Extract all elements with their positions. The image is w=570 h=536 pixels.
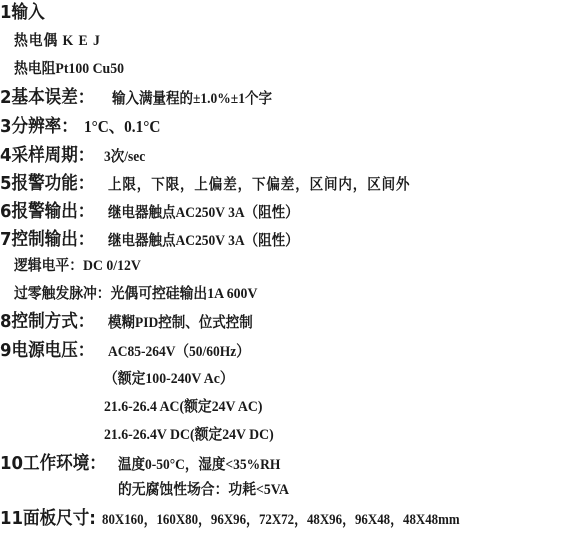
spec-item-input: 1输入	[0, 4, 49, 22]
spec-value-resolution: 1°C、0.1°C	[84, 118, 160, 135]
spec-item-accuracy: 2基本误差： 输入满量程的±1.0%±1个字	[0, 89, 290, 107]
spec-item-environment: 10工作环境： 温度0-50°C，湿度<35%RH	[0, 455, 298, 473]
spec-subline-24v-dc: 21.6-26.4V DC(额定24V DC)	[104, 428, 288, 443]
voltage-24v-dc: 21.6-26.4V DC(额定24V DC)	[104, 428, 274, 443]
spec-item-resolution: 3分辨率： 1°C、0.1°C	[0, 118, 169, 136]
spec-value-power-supply: AC85-264V（50/60Hz）	[108, 345, 250, 360]
logic-level: 逻辑电平：DC 0/12V	[14, 259, 141, 274]
spec-heading-power-supply: 9电源电压：	[0, 342, 99, 360]
spec-item-alarm-output: 6报警输出： 继电器触点AC250V 3A（阻性）	[0, 203, 320, 221]
spec-heading-sampling: 4采样周期：	[0, 147, 96, 165]
spec-item-panel-size: 11面板尺寸: 80X160，160X80，96X96，72X72，48X96，…	[0, 510, 518, 528]
spec-heading-resolution: 3分辨率：	[0, 118, 77, 136]
spec-value-accuracy: 输入满量程的±1.0%±1个字	[112, 92, 272, 107]
spec-subline-logic-level: 逻辑电平：DC 0/12V	[14, 259, 152, 274]
spec-subline-rtd: 热电阻Pt100 Cu50	[14, 62, 134, 77]
spec-value-panel-size: 80X160，160X80，96X96，72X72，48X96，96X48，48…	[102, 513, 460, 528]
spec-value-sampling: 3次/sec	[104, 150, 145, 165]
spec-heading-panel-size: 11面板尺寸:	[0, 510, 94, 528]
spec-subline-zero-cross: 过零触发脉冲：光偶可控硅输出1A 600V	[14, 287, 279, 302]
spec-item-sampling: 4采样周期： 3次/sec	[0, 147, 150, 165]
spec-heading-alarm-function: 5报警功能：	[0, 175, 99, 193]
environment-conditions: 的无腐蚀性场合：功耗<5VA	[118, 483, 289, 498]
spec-subline-24v-ac: 21.6-26.4 AC(额定24V AC)	[104, 400, 276, 415]
rated-voltage-ac: （额定100-240V Ac）	[104, 372, 234, 387]
spec-heading-alarm-output: 6报警输出：	[0, 203, 99, 221]
spec-value-alarm-function: 上限，下限，上偏差，下偏差，区间内，区间外	[108, 178, 410, 193]
rtd-types: 热电阻Pt100 Cu50	[14, 62, 124, 77]
spec-subline-thermocouple: 热电偶 K E J	[14, 34, 108, 49]
thermocouple-types: 热电偶 K E J	[14, 34, 101, 49]
spec-value-environment: 温度0-50°C，湿度<35%RH	[118, 458, 280, 473]
spec-item-control-output: 7控制输出： 继电器触点AC250V 3A（阻性）	[0, 231, 320, 249]
voltage-24v-ac: 21.6-26.4 AC(额定24V AC)	[104, 400, 262, 415]
zero-cross-trigger: 过零触发脉冲：光偶可控硅输出1A 600V	[14, 287, 257, 302]
spec-subline-rated-ac: （额定100-240V Ac）	[104, 372, 245, 387]
spec-heading-environment: 10工作环境：	[0, 455, 109, 473]
spec-value-alarm-output: 继电器触点AC250V 3A（阻性）	[108, 206, 299, 221]
spec-value-control-output: 继电器触点AC250V 3A（阻性）	[108, 234, 299, 249]
spec-heading-input: 1输入	[0, 4, 45, 22]
spec-subline-environment: 的无腐蚀性场合：功耗<5VA	[118, 483, 304, 498]
spec-heading-control-mode: 8控制方式：	[0, 313, 99, 331]
spec-item-alarm-function: 5报警功能： 上限，下限，上偏差，下偏差，区间内，区间外	[0, 175, 444, 193]
spec-heading-accuracy: 2基本误差：	[0, 89, 103, 107]
spec-item-control-mode: 8控制方式： 模糊PID控制、位式控制	[0, 313, 269, 331]
spec-item-power-supply: 9电源电压： AC85-264V（50/60Hz）	[0, 342, 266, 360]
spec-value-control-mode: 模糊PID控制、位式控制	[108, 316, 253, 331]
spec-heading-control-output: 7控制输出：	[0, 231, 99, 249]
